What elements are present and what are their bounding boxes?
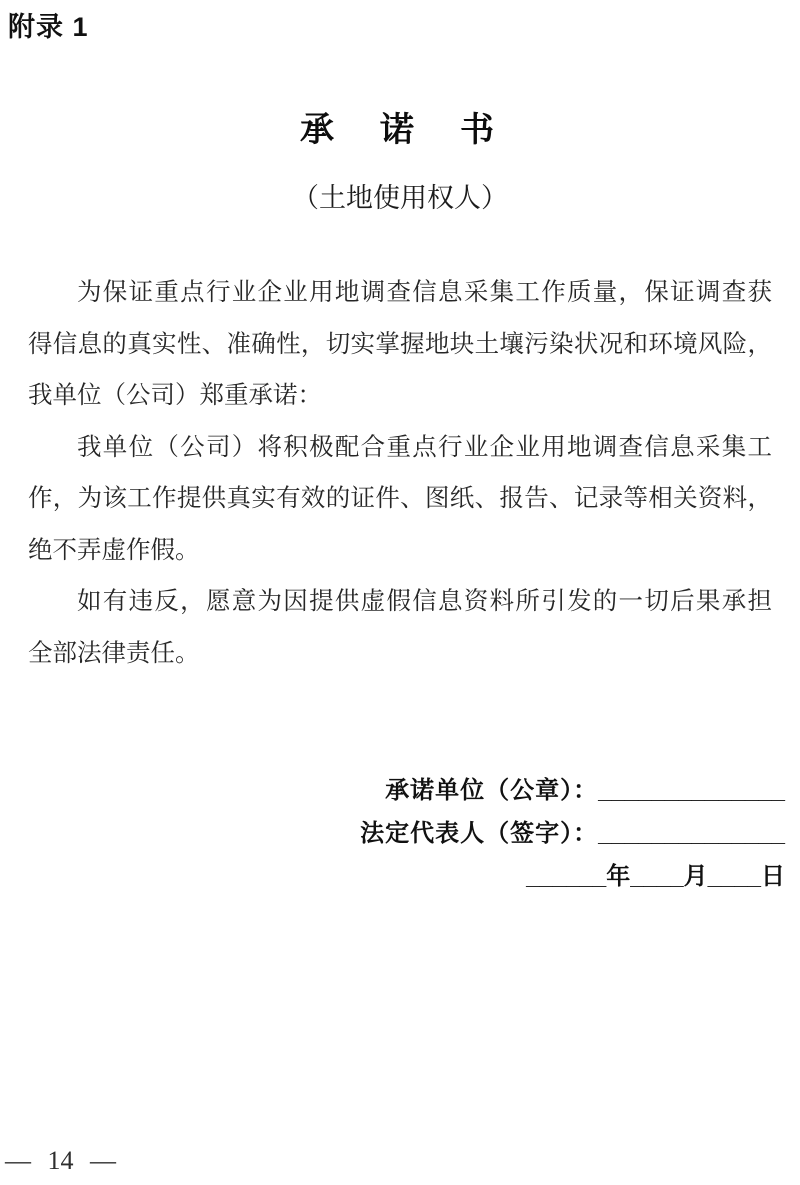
signature-representative-row: 法定代表人（签字）：______________ [360, 819, 785, 849]
appendix-label: 附录 1 [8, 5, 89, 44]
body-line: 得信息的真实性、准确性，切实掌握地块土壤污染状况和环境风险， [28, 319, 772, 371]
signature-unit-blank-line: ______________ [598, 777, 785, 804]
body-line: 作，为该工作提供真实有效的证件、图纸、报告、记录等相关资料， [28, 473, 772, 525]
body-line: 绝不弄虚作假。 [28, 525, 772, 577]
signature-date-row: ______年____月____日 [360, 862, 785, 892]
page-number: — 14 — [5, 1146, 116, 1176]
body-line: 如有违反，愿意为因提供虚假信息资料所引发的一切后果承担 [28, 576, 772, 628]
body-line: 我单位（公司）将积极配合重点行业企业用地调查信息采集工 [28, 422, 772, 474]
document-subtitle: （土地使用权人） [0, 176, 800, 215]
document-body: 为保证重点行业企业用地调查信息采集工作质量，保证调查获 得信息的真实性、准确性，… [28, 267, 772, 679]
signature-representative-label: 法定代表人（签字）： [360, 820, 598, 847]
signature-date-blank-line: ______年____月____日 [526, 863, 785, 890]
body-line: 全部法律责任。 [28, 628, 772, 680]
document-title: 承 诺 书 [0, 102, 800, 151]
document-page: 附录 1 承 诺 书 （土地使用权人） 为保证重点行业企业用地调查信息采集工作质… [0, 0, 800, 1185]
signature-unit-label: 承诺单位（公章）： [385, 777, 598, 804]
signature-unit-row: 承诺单位（公章）：______________ [360, 776, 785, 806]
body-line: 我单位（公司）郑重承诺： [28, 370, 772, 422]
signature-block: 承诺单位（公章）：______________ 法定代表人（签字）：______… [360, 776, 785, 905]
signature-representative-blank-line: ______________ [598, 820, 785, 847]
body-line: 为保证重点行业企业用地调查信息采集工作质量，保证调查获 [28, 267, 772, 319]
